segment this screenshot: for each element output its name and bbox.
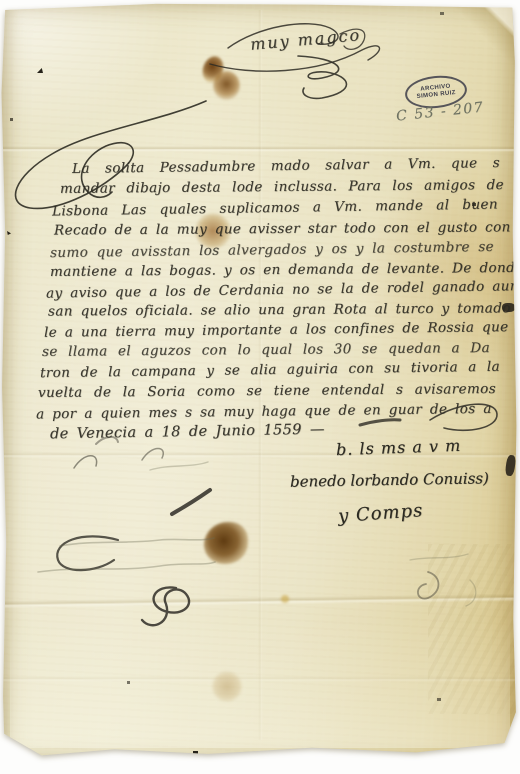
showthrough-faint-text	[60, 538, 214, 546]
showthrough-stroke	[172, 490, 210, 514]
closing-line-company: y Comps	[337, 500, 424, 527]
date-dash-stroke	[360, 420, 400, 425]
paper-speck	[440, 12, 444, 15]
body-line: san quelos oficiala. se alio una gran Ro…	[48, 300, 506, 319]
photo-background: muy magco ARCHIVO SIMON RUIZ C 53 - 207 …	[0, 0, 520, 774]
body-line: La solita Pessadumbre mado salvar a Vm. …	[72, 155, 500, 177]
showthrough-faint-text	[38, 562, 215, 572]
body-line: a por a quien mes s sa muy haga que de e…	[36, 402, 436, 423]
closing-line-signature: benedo lorbando Conuiss)	[290, 469, 489, 490]
closing-line-courtesy: b. ls ms a v m	[336, 436, 462, 459]
body-line: mandar dibajo desta lode inclussa. Para …	[60, 177, 504, 197]
body-line: le a una tierra muy importante a los con…	[44, 319, 502, 341]
salutation-script: muy magco	[249, 25, 361, 54]
body-line: vuelta de la Soria como se tiene entenda…	[38, 381, 496, 401]
paper-speck	[193, 751, 198, 756]
ink-stain	[213, 71, 240, 100]
showthrough-stroke	[74, 456, 97, 468]
body-line: se llama el aguzos con lo qual los 30 se…	[42, 340, 490, 360]
paper-speck	[37, 68, 43, 73]
date-line: de Venecia a 18 de Junio 1559 —	[50, 422, 325, 443]
header-rubric-flourish	[298, 56, 347, 98]
ink-stain	[199, 54, 226, 86]
showthrough-faint-text	[150, 462, 208, 470]
body-line: ay aviso que a los de Cerdania no se la …	[46, 278, 504, 301]
paper-edge-mark	[505, 454, 517, 476]
letter-paper: muy magco ARCHIVO SIMON RUIZ C 53 - 207 …	[0, 0, 520, 774]
paper-speck	[10, 118, 13, 121]
ink-stain	[204, 522, 248, 564]
body-line: Lisbona Las quales suplicamos a Vm. mand…	[52, 196, 498, 219]
body-line: tron de la campana y se alia aguiria con…	[40, 359, 500, 381]
paper-light-patch	[10, 618, 510, 748]
showthrough-stroke	[57, 536, 118, 570]
body-line: Recado de a la muy que avisser star todo…	[54, 219, 496, 238]
body-line: sumo que avisstan los alvergados y os y …	[50, 239, 494, 261]
paper-speck	[7, 231, 11, 235]
paper-sheet: muy magco ARCHIVO SIMON RUIZ C 53 - 207 …	[0, 0, 520, 774]
reference-number: C 53 - 207	[395, 99, 485, 124]
body-line: mantiene a las bogas. y os en demanda de…	[50, 260, 506, 280]
ink-stain	[281, 595, 289, 603]
showthrough-stroke	[142, 449, 163, 461]
